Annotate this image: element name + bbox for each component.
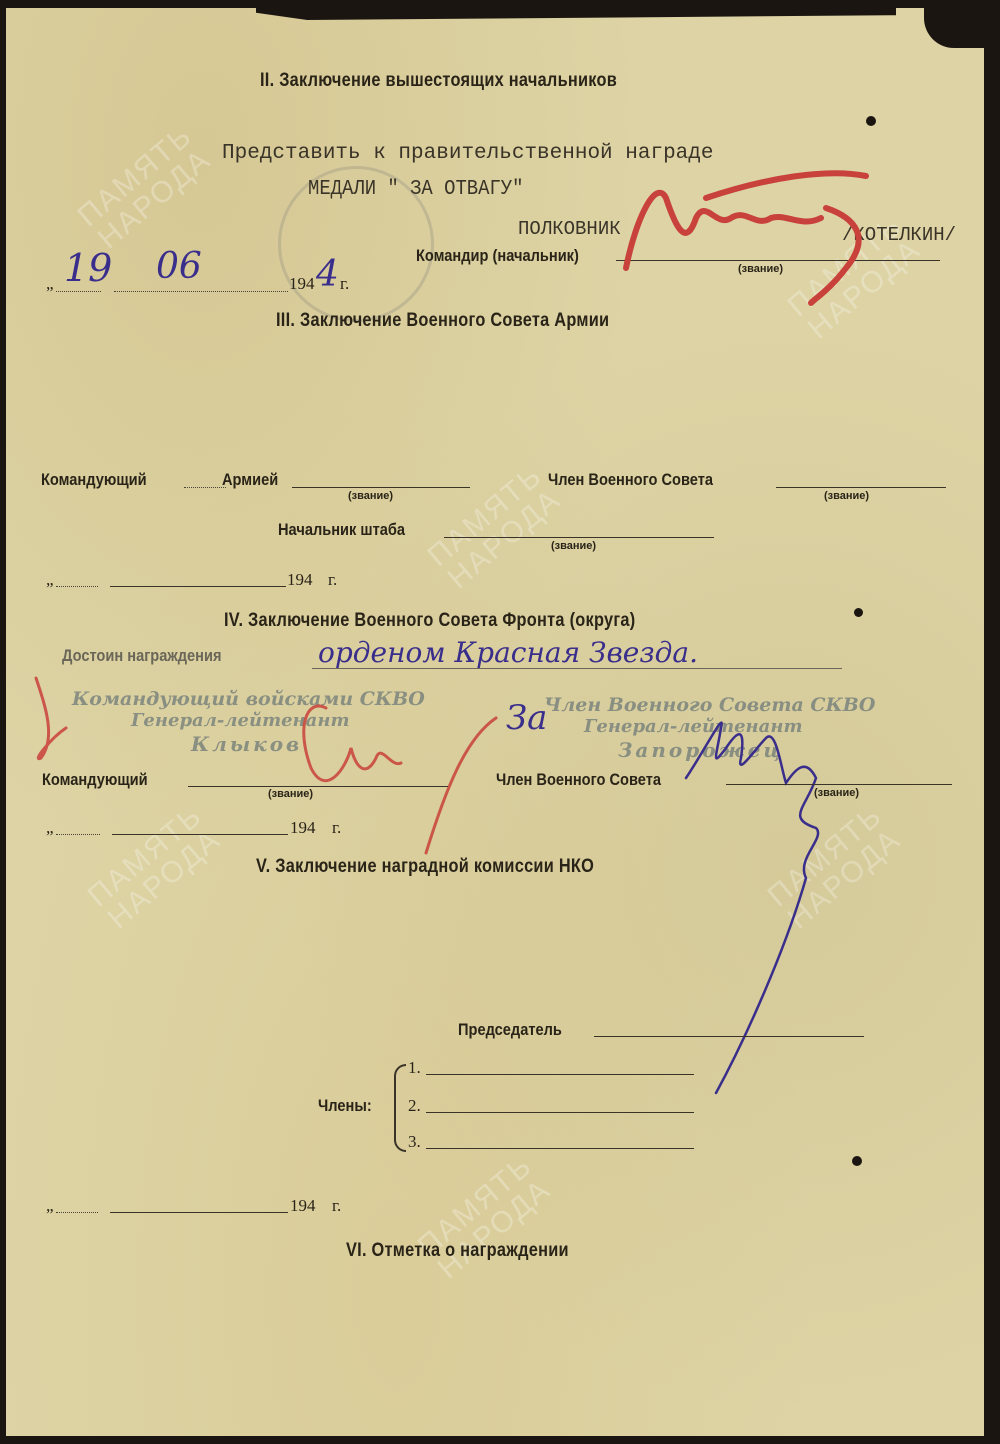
chief-of-staff-label: Начальник штаба — [278, 520, 405, 540]
front-commander-line — [188, 786, 448, 787]
date-month: 06 — [156, 246, 202, 287]
date-year-suffix: 4 — [316, 254, 339, 295]
date-year: 194 — [287, 570, 313, 590]
red-pencil-signature — [26, 668, 506, 858]
punch-hole — [854, 608, 863, 617]
date-quote: „ — [46, 818, 54, 838]
front-commander-label: Командующий — [42, 770, 148, 790]
section-3-heading: III. Заключение Военного Совета Армии — [276, 310, 609, 332]
date-month-line — [110, 1212, 288, 1213]
torn-edge — [256, 8, 896, 20]
section-4-heading: IV. Заключение Военного Совета Фронта (о… — [224, 610, 635, 632]
section-2-heading: II. Заключение вышестоящих начальников — [260, 70, 617, 92]
member-3-number: 3. — [408, 1132, 421, 1152]
date-day-line — [56, 1212, 98, 1213]
front-council-member-label: Член Военного Совета — [496, 770, 661, 790]
date-g: г. — [340, 274, 349, 294]
army-label: Армией — [222, 470, 278, 490]
handwritten-za: За — [506, 698, 547, 738]
worthy-label: Достоин награждения — [62, 646, 221, 666]
member-3-line — [426, 1148, 694, 1149]
date-month-line — [110, 586, 286, 587]
date-month-line — [112, 834, 288, 835]
medal-name: МЕДАЛИ " ЗА ОТВАГУ" — [308, 178, 524, 201]
date-day-line — [56, 586, 98, 587]
date-year: 194 — [289, 274, 315, 294]
blue-signature — [666, 688, 866, 1108]
chairman-label: Председатель — [458, 1020, 562, 1040]
date-quote: „ — [46, 570, 54, 590]
watermark: ПАМЯТЬНАРОДА — [423, 461, 567, 596]
commander-label: Командир (начальник) — [416, 246, 579, 266]
members-label: Члены: — [318, 1096, 372, 1116]
torn-corner — [924, 8, 984, 48]
watermark: ПАМЯТЬНАРОДА — [413, 1151, 557, 1286]
chief-of-staff-line — [444, 537, 714, 538]
date-g: г. — [332, 1196, 341, 1216]
punch-hole — [852, 1156, 862, 1166]
watermark: ПАМЯТЬНАРОДА — [73, 121, 217, 256]
award-sheet-page: ПАМЯТЬНАРОДА ПАМЯТЬНАРОДА ПАМЯТЬНАРОДА П… — [6, 8, 984, 1436]
date-g: г. — [332, 818, 341, 838]
rank-caption: (звание) — [268, 788, 313, 800]
date-day-line — [56, 834, 100, 835]
punch-hole — [866, 116, 876, 126]
army-commander-label: Командующий — [41, 470, 147, 490]
section-5-heading: V. Заключение наградной комиссии НКО — [256, 856, 594, 878]
dot-filler — [184, 487, 226, 488]
member-2-number: 2. — [408, 1096, 421, 1116]
rank-caption: (звание) — [824, 490, 869, 502]
date-day-line — [56, 291, 101, 292]
member-1-number: 1. — [408, 1058, 421, 1078]
rank-caption: (звание) — [348, 490, 393, 502]
date-quote: „ — [46, 274, 54, 294]
council-member-label: Член Военного Совета — [548, 470, 713, 490]
member-2-line — [426, 1112, 694, 1113]
date-year: 194 — [290, 1196, 316, 1216]
council-member-line — [776, 487, 946, 488]
section-6-heading: VI. Отметка о награждении — [346, 1240, 569, 1262]
date-g: г. — [328, 570, 337, 590]
date-quote: „ — [46, 1196, 54, 1216]
date-year: 194 — [290, 818, 316, 838]
date-day: 19 — [64, 246, 112, 290]
rank-caption: (звание) — [551, 540, 596, 552]
chairman-line — [594, 1036, 864, 1037]
front-council-member-line — [726, 784, 952, 785]
date-month-line — [114, 291, 288, 292]
red-signature — [596, 158, 896, 318]
members-brace — [394, 1064, 406, 1152]
army-commander-line — [292, 487, 470, 488]
member-1-line — [426, 1074, 694, 1075]
rank-caption: (звание) — [814, 787, 859, 799]
worthy-value: орденом Красная Звезда. — [318, 636, 698, 669]
